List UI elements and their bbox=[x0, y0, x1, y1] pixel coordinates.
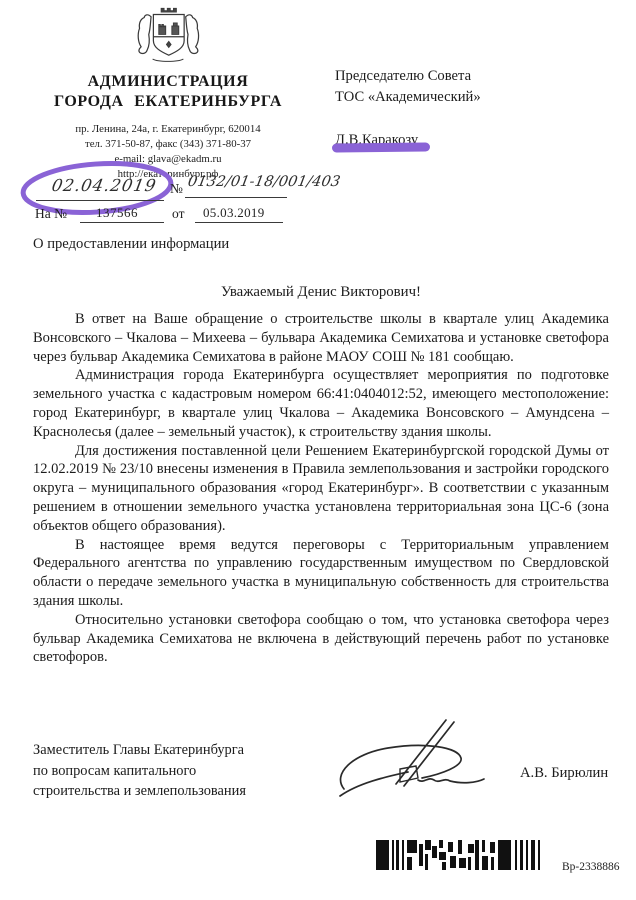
subject-line: О предоставлении информации bbox=[33, 236, 609, 253]
number-underline bbox=[185, 197, 287, 198]
paragraph-1: В ответ на Ваше обращение о строительств… bbox=[33, 310, 609, 366]
paragraph-4: В настоящее время ведутся переговоры с Т… bbox=[33, 536, 609, 611]
reply-date-underline bbox=[195, 222, 283, 223]
org-phone: тел. 371-50-87, факс (343) 371-80-37 bbox=[38, 137, 298, 152]
org-name-line1: АДМИНИСТРАЦИЯ bbox=[38, 72, 298, 92]
marker-underline bbox=[332, 142, 430, 152]
org-name-line2: ГОРОДА ЕКАТЕРИНБУРГА bbox=[38, 92, 298, 112]
signer-name: А.В. Бирюлин bbox=[520, 765, 608, 782]
outgoing-date-handwritten: 02.04.2019 bbox=[50, 176, 158, 195]
salutation: Уважаемый Денис Викторович! bbox=[33, 284, 609, 301]
letter-body: О предоставлении информации Уважаемый Де… bbox=[33, 236, 609, 667]
letterhead: АДМИНИСТРАЦИЯ ГОРОДА ЕКАТЕРИНБУРГА пр. Л… bbox=[38, 6, 298, 182]
signer-title-line2: по вопросам капитального bbox=[33, 761, 308, 782]
reply-date: 05.03.2019 bbox=[203, 205, 265, 221]
handwritten-signature bbox=[330, 712, 495, 807]
paragraph-3: Для достижения поставленной цели Решение… bbox=[33, 442, 609, 536]
reply-from-label: от bbox=[172, 206, 184, 222]
signer-title-line1: Заместитель Главы Екатеринбурга bbox=[33, 740, 308, 761]
signer-title-line3: строительства и землепользования bbox=[33, 781, 308, 802]
date-underline bbox=[36, 200, 164, 201]
reply-number-underline bbox=[80, 222, 164, 223]
signer-title: Заместитель Главы Екатеринбурга по вопро… bbox=[33, 740, 308, 802]
number-sign: № bbox=[170, 181, 183, 197]
reply-to-prefix: На № bbox=[35, 206, 67, 222]
scanned-letter-page: АДМИНИСТРАЦИЯ ГОРОДА ЕКАТЕРИНБУРГА пр. Л… bbox=[0, 0, 636, 900]
org-address: пр. Ленина, 24а, г. Екатеринбург, 620014 bbox=[38, 122, 298, 137]
outgoing-number-handwritten: 0132/01-18/001/403 bbox=[187, 174, 342, 190]
paragraph-5: Относительно установки светофора сообщаю… bbox=[33, 611, 609, 667]
addressee-block: Председателю Совета ТОС «Академический» … bbox=[335, 66, 615, 151]
registration-barcode bbox=[376, 840, 558, 870]
coat-of-arms-icon bbox=[129, 6, 207, 66]
addressee-line2: ТОС «Академический» bbox=[335, 87, 615, 108]
reply-to-number: 137566 bbox=[96, 205, 138, 221]
barcode-label: Вр-2338886 bbox=[562, 861, 620, 873]
paragraph-2: Администрация города Екатеринбурга осуще… bbox=[33, 366, 609, 441]
addressee-line1: Председателю Совета bbox=[335, 66, 615, 87]
